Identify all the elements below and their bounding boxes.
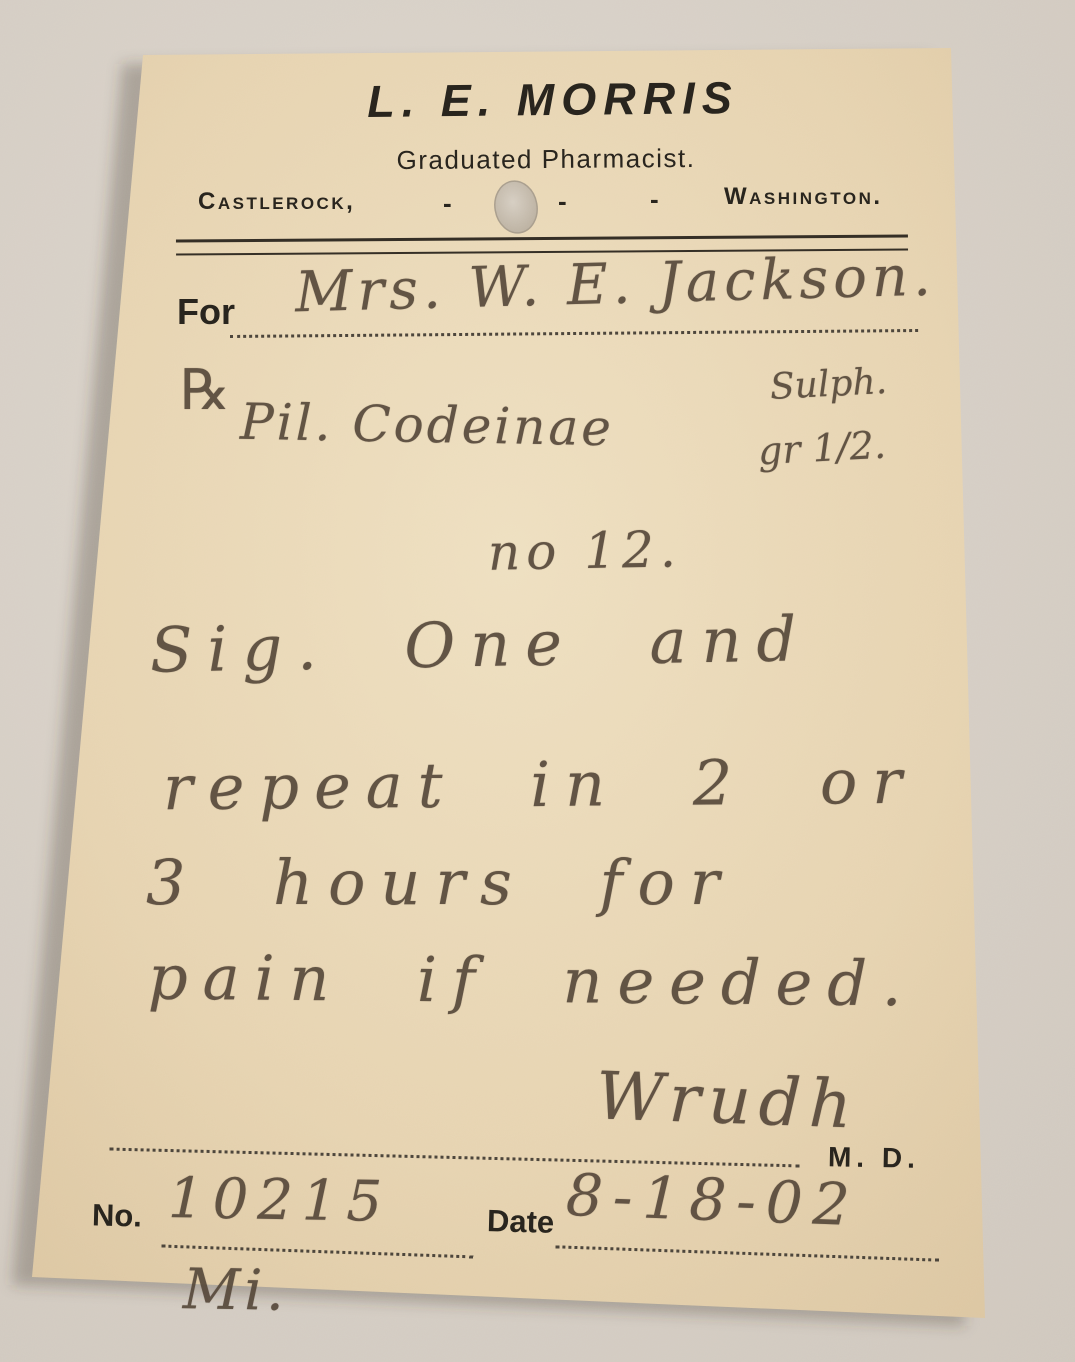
separator-dash: - (443, 188, 452, 219)
rx-symbol: ℞ (180, 358, 230, 423)
quantity-handwriting: no 12. (488, 520, 683, 581)
photograph-background: L. E. MORRIS Graduated Pharmacist. Castl… (0, 0, 1075, 1362)
for-label: For (177, 291, 235, 333)
city-castlerock: Castlerock, (198, 188, 355, 216)
dose-handwriting: gr 1/2. (757, 423, 887, 474)
date-label: Date (487, 1203, 555, 1241)
date-dotted-line (555, 1205, 940, 1261)
number-dotted-line (161, 1207, 474, 1259)
sig-line-4: pain if needed. (148, 941, 917, 1021)
number-label: No. (92, 1197, 143, 1234)
sig-line-1: Sig. One and (149, 602, 811, 687)
doctor-signature-handwriting: Wrudh (595, 1057, 861, 1143)
drug-superscript-handwriting: Sulph. (769, 361, 888, 408)
pharmacist-subtitle: Graduated Pharmacist. (150, 141, 942, 178)
separator-dash: - (558, 186, 567, 217)
drug-name-handwriting: Pil. Codeinae (240, 393, 615, 458)
separator-dash: - (650, 184, 659, 215)
sig-line-3: 3 hours for (146, 846, 734, 919)
sig-line-2: repeat in 2 or (163, 745, 917, 825)
annotation-handwriting: Mi. (182, 1257, 288, 1324)
card-content: L. E. MORRIS Graduated Pharmacist. Castl… (0, 0, 1075, 1362)
pharmacist-name: L. E. MORRIS (150, 70, 957, 130)
state-washington: Washington. (724, 183, 883, 211)
